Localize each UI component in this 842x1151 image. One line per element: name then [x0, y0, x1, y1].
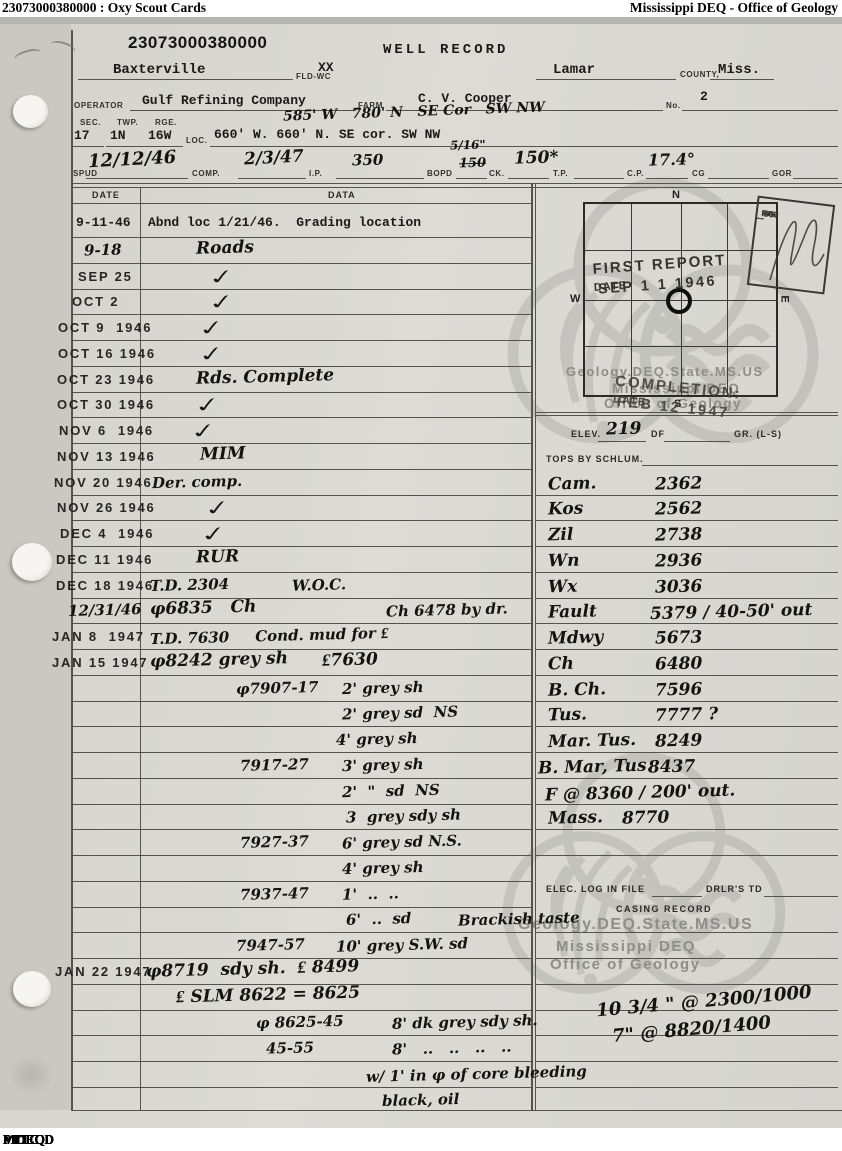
rule-line: [71, 392, 531, 393]
row-date: NOV 26 1946: [57, 500, 156, 515]
row-entry: RUR: [196, 546, 240, 567]
date-column-header: DATE: [92, 190, 120, 200]
tops-value: 2562: [655, 499, 703, 520]
rule-line: [71, 907, 531, 908]
tp-value: 150*: [514, 147, 559, 168]
rule-line: [71, 752, 531, 753]
elev-label: ELEV.: [571, 429, 601, 439]
punch-hole: [13, 95, 48, 128]
row-date: DEC 18 1946: [56, 578, 154, 593]
row-date: 9-11-46: [76, 215, 131, 230]
rule-line: [71, 701, 531, 702]
bopd-struck-value: 150: [459, 156, 487, 172]
field-name: Baxterville: [113, 62, 205, 78]
rule-line: [71, 289, 531, 290]
rule-line: [71, 649, 531, 650]
rule-line: [71, 726, 531, 727]
tops-value: 2362: [655, 473, 703, 494]
well-api-number: 23073000380000: [128, 33, 267, 53]
rule-line: [536, 520, 838, 521]
rule-line: [536, 572, 838, 573]
rule-line: [71, 572, 531, 573]
row-entry: 2' grey sh: [342, 677, 424, 697]
recorder-stamp-signature: [748, 200, 840, 298]
rule-line: [71, 340, 531, 341]
tops-name: B. Ch.: [548, 679, 607, 701]
drlrs-td-label: DRLR'S TD: [706, 884, 763, 894]
rule-line: [71, 314, 531, 315]
row-entry: ₤7630: [322, 649, 378, 670]
row-entry: Der. comp.: [152, 471, 243, 491]
rule-line: [71, 1061, 531, 1062]
loc-label: LOC.: [186, 136, 208, 145]
rule-line: [536, 778, 838, 779]
rule-line: [71, 237, 531, 238]
topbar-agency-title: Mississippi DEQ - Office of Geology: [630, 0, 838, 16]
comp-label: COMP.: [192, 169, 220, 178]
rge-value: 16W: [148, 128, 171, 143]
row-entry: 2' " sd NS: [342, 780, 440, 801]
rule-line: [536, 829, 838, 830]
tops-name: Fault: [548, 602, 597, 623]
rule-line: [71, 1035, 531, 1036]
card-bottom-rule: [71, 1110, 842, 1111]
tops-value: 6480: [655, 653, 703, 674]
rule-line: [71, 804, 531, 805]
card-left-border: [71, 30, 73, 1110]
ip-label: I.P.: [309, 169, 322, 178]
row-entry: φ6835 Ch: [150, 597, 257, 620]
rule-line: [536, 649, 838, 650]
row-entry: T.D. 2304: [150, 574, 230, 594]
state-name: Miss.: [718, 62, 760, 78]
row-date: OCT 16 1946: [58, 346, 156, 361]
row-date: JAN 15 1947: [52, 655, 148, 670]
tops-value: 8770: [622, 808, 670, 829]
rule-line: [71, 469, 531, 470]
rule-line: [71, 855, 531, 856]
row-date: JAN 22 1947: [55, 964, 151, 979]
elev-value: 219: [606, 419, 642, 440]
sec-label: SEC.: [80, 118, 101, 127]
row-date: SEP 25: [78, 269, 133, 284]
cg-label: CG: [692, 169, 705, 178]
data-panel-divider: [531, 184, 533, 1110]
data-column-header: DATA: [328, 190, 356, 200]
row-date: OCT 23 1946: [57, 372, 155, 387]
df-label: DF: [651, 429, 665, 439]
tops-name: Ch: [548, 653, 574, 674]
rule-line: [536, 675, 838, 676]
tops-value: 3036: [655, 576, 703, 597]
row-entry: φ7907-17: [236, 677, 319, 697]
row-entry: 2' grey sd NS: [342, 703, 458, 724]
operator-name: Gulf Refining Company: [142, 93, 306, 108]
casing-record-label: CASING RECORD: [616, 904, 712, 914]
scanned-well-record-viewer: 23073000380000 : Oxy Scout Cards Mississ…: [0, 0, 842, 1151]
row-entry: Rds. Complete: [196, 365, 335, 389]
rule-line: [536, 855, 838, 856]
rule-line: [71, 546, 531, 547]
table-top-rule: [71, 187, 842, 188]
row-entry: 6' .. sd: [346, 909, 412, 929]
row-date: JAN 8 1947: [52, 629, 145, 644]
ck-label: CK.: [489, 169, 505, 178]
rule-line: [71, 520, 531, 521]
row-entry: 7947-57: [236, 935, 305, 955]
cp-label: C.P.: [627, 169, 644, 178]
gor-label: GOR: [772, 169, 792, 178]
twp-value: 1N: [110, 128, 126, 143]
county-name: Lamar: [553, 62, 595, 78]
rule-line: [536, 546, 838, 547]
tops-name: Mar. Tus.: [548, 730, 637, 752]
tops-value: 7596: [655, 679, 703, 700]
tops-value: 2936: [655, 550, 703, 571]
tp-label: T.P.: [553, 169, 568, 178]
tops-name: F @ 8360 / 200' out.: [545, 780, 736, 805]
watermark-agency: Mississippi DEQ: [556, 938, 696, 955]
compass-north: N: [672, 189, 680, 201]
rule-line: [536, 1087, 838, 1088]
table-header-rule: [71, 203, 531, 204]
county-label: COUNTY,: [680, 70, 719, 79]
topbar-card-title: 23073000380000 : Oxy Scout Cards: [2, 0, 206, 16]
rule-line: [71, 778, 531, 779]
rule-line: [71, 417, 531, 418]
rule-line: [71, 881, 531, 882]
tops-name: B. Mar, Tus.: [538, 755, 653, 778]
row-entry: 45-55: [266, 1038, 314, 1057]
row-entry: W.O.C.: [292, 575, 346, 594]
completion-stamp-date: DATE FEB 12 1947: [613, 393, 618, 405]
row-entry: black, oil: [382, 1089, 460, 1109]
rule-line: [71, 829, 531, 830]
rule-line: [71, 263, 531, 264]
row-entry: Roads: [196, 237, 254, 259]
tops-value: 7777 ?: [655, 704, 719, 726]
tops-name: Mdwy: [548, 627, 604, 648]
row-date: DEC 11 1946: [56, 552, 153, 567]
row-date: 9-18: [84, 240, 122, 259]
bopd-label: BOPD: [427, 169, 453, 178]
row-entry: 3 grey sdy sh: [346, 806, 461, 827]
row-date: NOV 6 1946: [59, 423, 154, 438]
row-entry: Ch 6478 by dr.: [386, 600, 508, 621]
row-date: NOV 20 1946: [54, 475, 153, 490]
punch-hole: [13, 971, 51, 1007]
topbar-separator: [0, 17, 842, 24]
tops-name: Zil: [548, 525, 574, 546]
first-report-stamp-date: DATE SEP 1 1 1946: [593, 282, 598, 294]
row-entry: φ 8625-45: [256, 1012, 344, 1032]
tops-value: 5379 / 40-50' out: [650, 600, 813, 624]
punch-hole: [12, 543, 52, 581]
rge-label: RGE.: [155, 118, 177, 127]
tops-name: Wn: [548, 550, 580, 571]
tops-name: Cam.: [548, 473, 597, 494]
row-date: OCT 2: [72, 294, 119, 309]
rule-line: [71, 675, 531, 676]
rule-line: [71, 932, 531, 933]
rule-line: [536, 726, 838, 727]
row-entry: MIM: [200, 443, 246, 464]
row-entry: 7937-47: [240, 884, 309, 904]
operator-label: OPERATOR: [74, 101, 123, 110]
row-entry: 10' grey S.W. sd: [336, 934, 468, 955]
row-entry: 4' grey sh: [336, 729, 418, 749]
row-entry: 8' .. .. .. ..: [392, 1037, 512, 1058]
scanned-card-page: Geology.DEQ.State.MS.US Mississippi DEQ …: [0, 0, 842, 1151]
rule-line: [536, 932, 838, 933]
tops-name: Tus.: [548, 705, 587, 726]
row-entry: φ8242 grey sh: [150, 648, 288, 672]
well-no-label: No.: [666, 101, 681, 110]
row-entry: 7917-27: [240, 755, 309, 775]
rule-line: [536, 701, 838, 702]
viewer-footer-ticker: MDEQMDECDPTTCMDEQMDECDPTTCMDEQMDECDPTTCM…: [0, 1128, 842, 1151]
tops-by-schlum-label: TOPS BY SCHLUM.: [546, 454, 644, 464]
cp-value: 17.4°: [648, 149, 695, 169]
rule-line: [71, 598, 531, 599]
rule-line: [71, 1010, 531, 1011]
row-entry: 1' .. ..: [342, 884, 399, 903]
rule-line: [536, 958, 838, 959]
tops-value: 8249: [655, 730, 703, 751]
row-date: DEC 4 1946: [60, 526, 154, 541]
tops-name: Wx: [548, 576, 578, 597]
data-panel-divider: [535, 184, 536, 1110]
compass-west: W: [570, 293, 580, 305]
loc-value: 660' W. 660' N. SE cor. SW NW: [214, 127, 440, 142]
tops-value: 2738: [655, 524, 703, 545]
row-date: OCT 30 1946: [57, 397, 155, 412]
rule-line: [536, 495, 838, 496]
row-entry: 7927-37: [240, 832, 309, 852]
sec-value: 17: [74, 128, 90, 143]
well-no-value: 2: [700, 89, 708, 104]
row-date: NOV 13 1946: [57, 449, 156, 464]
footer-org-abbrev: PTTC: [3, 1132, 39, 1148]
row-date: OCT 9 1946: [58, 320, 152, 335]
viewer-topbar: 23073000380000 : Oxy Scout Cards Mississ…: [0, 0, 842, 17]
field-class-xx: XX: [318, 60, 334, 75]
first-report-stamp: FIRST REPORT DATE SEP 1 1 1946: [590, 223, 622, 297]
rule-line: [536, 752, 838, 753]
rule-line: [71, 495, 531, 496]
row-entry: Abnd loc 1/21/46. Grading location: [148, 215, 421, 230]
rule-line: [71, 623, 531, 624]
rule-line: [536, 623, 838, 624]
row-entry: Brackish taste: [458, 909, 580, 930]
tops-name: Mass.: [548, 808, 603, 829]
row-entry: 6' grey sd N.S.: [342, 831, 462, 852]
row-entry: 3' grey sh: [342, 755, 424, 775]
rule-line: [71, 443, 531, 444]
row-entry: 4' grey sh: [342, 858, 424, 878]
tops-name: Kos: [548, 499, 584, 520]
elec-log-label: ELEC. LOG IN FILE: [546, 884, 645, 894]
twp-label: TWP.: [117, 118, 138, 127]
ip-value: 350: [352, 151, 384, 170]
choke-size-note: 5/16": [450, 138, 486, 153]
table-top-rule: [71, 183, 842, 184]
comp-date: 2/3/47: [244, 146, 305, 169]
gr-label: GR. (L-S): [734, 429, 782, 439]
rule-line: [71, 1087, 531, 1088]
tops-value: 8437: [648, 756, 696, 777]
scan-smudge: [8, 1055, 54, 1095]
row-date: 12/31/46: [68, 600, 142, 620]
tops-value: 5673: [655, 627, 703, 648]
form-title: WELL RECORD: [383, 42, 508, 58]
rule-line: [536, 598, 838, 599]
row-entry: ₤ SLM 8622 = 8625: [176, 982, 361, 1007]
